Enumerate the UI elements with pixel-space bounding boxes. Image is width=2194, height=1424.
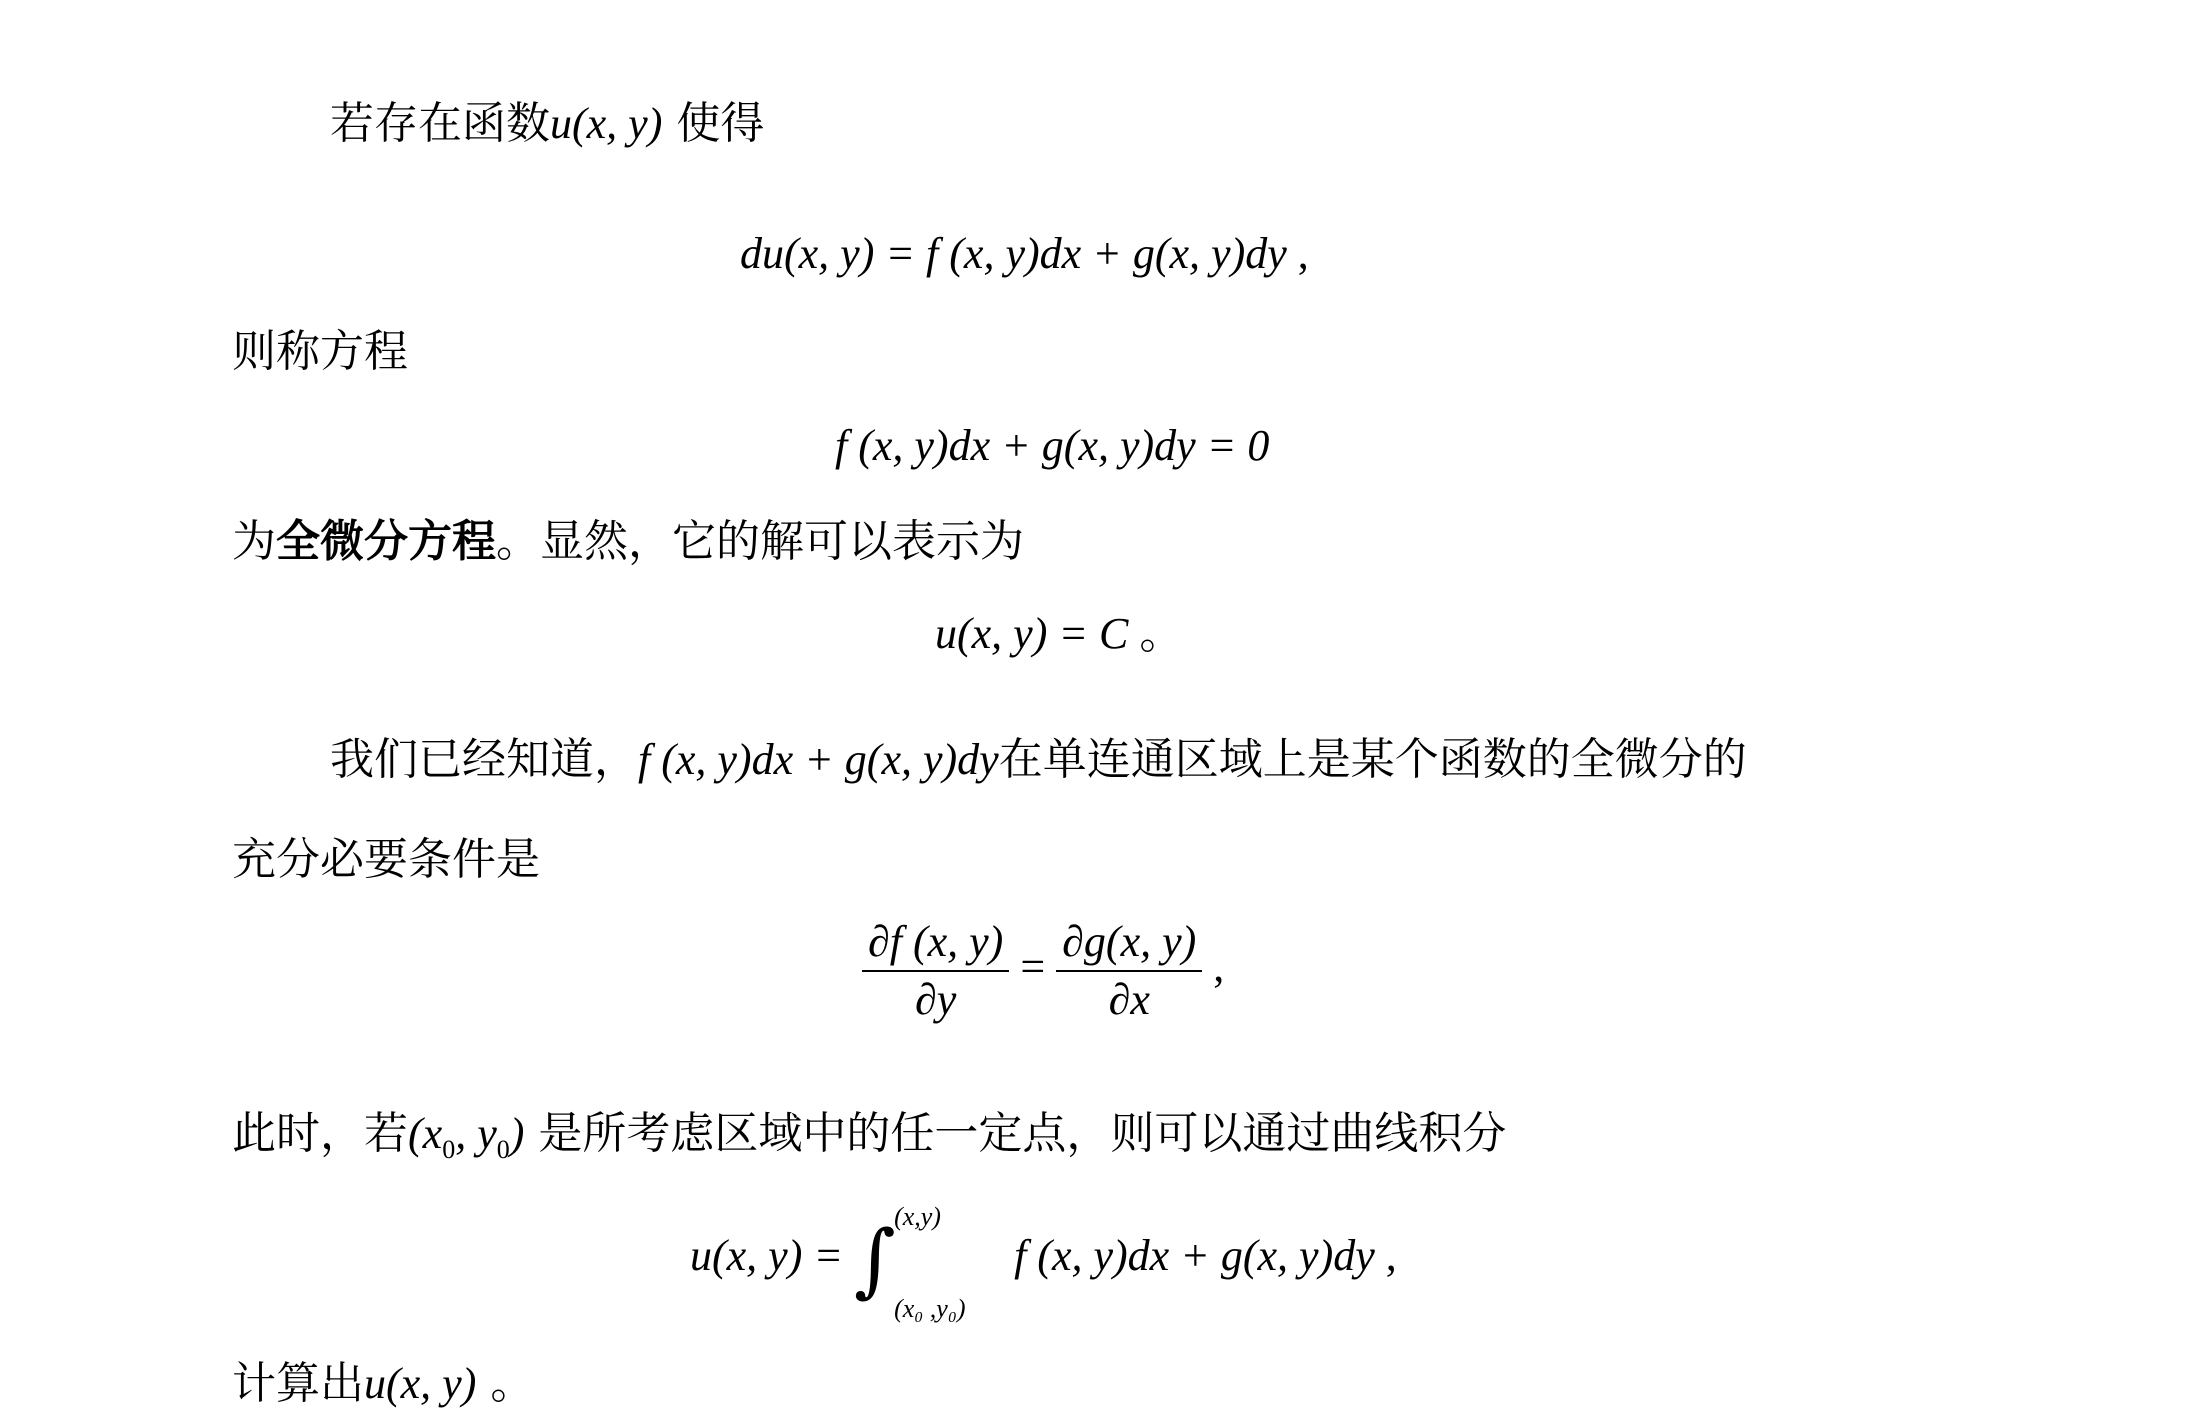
- text: 若存在函数: [330, 98, 550, 149]
- numerator: ∂g(x, y): [1056, 920, 1202, 972]
- equation-text: f (x, y)dx + g(x, y)dy = 0: [835, 421, 1269, 470]
- paragraph-4: 我们已经知道，f (x, y)dx + g(x, y)dy在单连通区域上是某个函…: [330, 738, 1747, 782]
- point-math: (x0, y0): [408, 1109, 524, 1158]
- text: 使得: [662, 98, 764, 149]
- integral-sign: ∫: [854, 1220, 894, 1300]
- text: 此时，若: [232, 1108, 408, 1159]
- upper-limit: (x,y): [894, 1204, 941, 1230]
- lhs: u(x, y) =: [690, 1231, 843, 1280]
- equation-1: du(x, y) = f (x, y)dx + g(x, y)dy ,: [740, 232, 1309, 276]
- lower-limit: (x₀ ,y₀): [894, 1296, 965, 1322]
- text: 为: [232, 516, 276, 567]
- text: 。显然，它的解可以表示为: [496, 516, 1024, 567]
- math-inline: u(x, y): [550, 99, 662, 148]
- fraction-lhs: ∂f (x, y) ∂y: [862, 920, 1009, 1022]
- equals: =: [1020, 942, 1045, 991]
- numerator: ∂f (x, y): [862, 920, 1009, 972]
- equation-5: u(x, y) = ∫(x,y)(x₀ ,y₀)f (x, y)dx + g(x…: [690, 1210, 1397, 1310]
- text: 计算出: [232, 1358, 364, 1409]
- text: 在单连通区域上是某个函数的全微分的: [999, 734, 1747, 785]
- punct: ,: [1375, 1231, 1397, 1280]
- math-inline: u(x, y): [364, 1359, 476, 1408]
- equation-2: f (x, y)dx + g(x, y)dy = 0: [835, 424, 1269, 468]
- integrand: f (x, y)dx + g(x, y)dy: [1014, 1231, 1375, 1280]
- paragraph-7: 计算出u(x, y) 。: [232, 1362, 534, 1406]
- term-bold: 全微分方程: [276, 516, 496, 567]
- equation-3: u(x, y) = C 。: [935, 612, 1183, 656]
- integral-limits: (x,y)(x₀ ,y₀): [894, 1210, 1014, 1310]
- text: 是所考虑区域中的任一定点，则可以通过曲线积分: [524, 1108, 1506, 1159]
- text: 。: [476, 1358, 534, 1409]
- equation-text: du(x, y) = f (x, y)dx + g(x, y)dy: [740, 229, 1287, 278]
- denominator: ∂x: [1056, 972, 1202, 1022]
- math-inline: f (x, y)dx + g(x, y)dy: [638, 735, 999, 784]
- equation-text: u(x, y) = C: [935, 609, 1128, 658]
- punct: ,: [1287, 229, 1309, 278]
- denominator: ∂y: [862, 972, 1009, 1022]
- punct: 。: [1128, 609, 1183, 658]
- equation-4: ∂f (x, y) ∂y = ∂g(x, y) ∂x ,: [862, 920, 1224, 1022]
- paragraph-5: 充分必要条件是: [232, 838, 540, 882]
- text: 我们已经知道，: [330, 734, 638, 785]
- text: 充分必要条件是: [232, 834, 540, 885]
- fraction-rhs: ∂g(x, y) ∂x: [1056, 920, 1202, 1022]
- paragraph-1: 若存在函数u(x, y) 使得: [330, 102, 764, 146]
- paragraph-6: 此时，若(x0, y0) 是所考虑区域中的任一定点，则可以通过曲线积分: [232, 1112, 1506, 1163]
- punct: ,: [1202, 942, 1224, 991]
- text: 则称方程: [232, 326, 408, 377]
- paragraph-2: 则称方程: [232, 330, 408, 374]
- paragraph-3: 为全微分方程。显然，它的解可以表示为: [232, 520, 1024, 564]
